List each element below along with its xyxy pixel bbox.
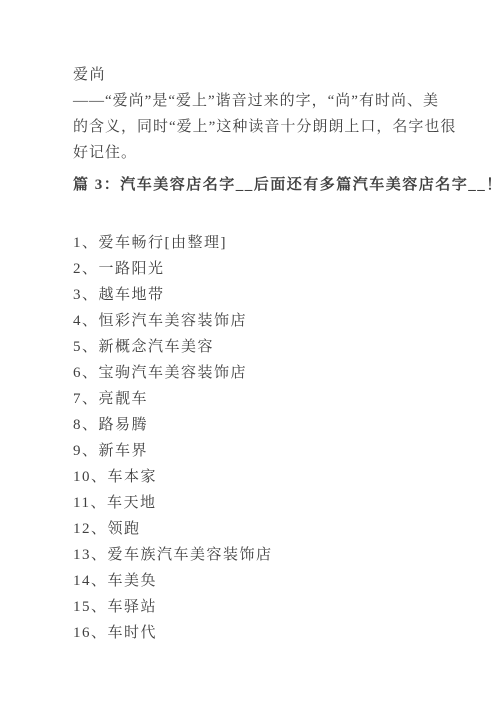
list-item: 12、领跑 <box>73 516 442 542</box>
list-item: 11、车天地 <box>73 490 442 516</box>
list-item: 3、越车地带 <box>73 282 442 308</box>
list-item: 8、路易腾 <box>73 412 442 438</box>
shop-name-list: 1、爱车畅行[由整理] 2、一路阳光 3、越车地带 4、恒彩汽车美容装饰店 5、… <box>73 230 442 646</box>
document-content: 爱尚 ——“爱尚”是“爱上”谐音过来的字，“尚”有时尚、美 的含义，同时“爱上”… <box>0 0 500 646</box>
name-explanation-line-1: ——“爱尚”是“爱上”谐音过来的字，“尚”有时尚、美 <box>73 88 442 114</box>
name-explanation-line-2: 的含义，同时“爱上”这种读音十分朗朗上口，名字也很 <box>73 114 442 140</box>
list-item: 9、新车界 <box>73 438 442 464</box>
list-item: 16、车时代 <box>73 620 442 646</box>
list-item: 14、车美奂 <box>73 568 442 594</box>
name-explanation-line-3: 好记住。 <box>73 140 442 166</box>
section-heading: 篇 3：汽车美容店名字__后面还有多篇汽车美容店名字__！ <box>73 172 442 198</box>
list-item: 1、爱车畅行[由整理] <box>73 230 442 256</box>
list-item: 2、一路阳光 <box>73 256 442 282</box>
list-item: 15、车驿站 <box>73 594 442 620</box>
document-page: 爱尚 ——“爱尚”是“爱上”谐音过来的字，“尚”有时尚、美 的含义，同时“爱上”… <box>0 0 500 708</box>
list-item: 13、爱车族汽车美容装饰店 <box>73 542 442 568</box>
list-item: 6、宝驹汽车美容装饰店 <box>73 360 442 386</box>
name-candidate: 爱尚 <box>73 62 442 88</box>
list-item: 10、车本家 <box>73 464 442 490</box>
list-item: 5、新概念汽车美容 <box>73 334 442 360</box>
list-item: 4、恒彩汽车美容装饰店 <box>73 308 442 334</box>
list-item: 7、亮靓车 <box>73 386 442 412</box>
